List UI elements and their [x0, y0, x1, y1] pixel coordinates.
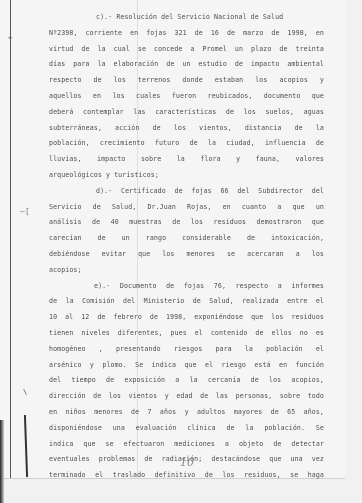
paragraph-c: c).- Resolución del Servicio Nacional de…: [49, 10, 324, 184]
text-line: respecto de los terrenos donde estaban l…: [49, 73, 324, 89]
text-line: arqueológicos y turísticos;: [49, 168, 324, 184]
text-line: debiéndose evitar que los menores se ace…: [49, 247, 324, 263]
text-line: e).- Documento de fojas 76, respecto a i…: [49, 279, 324, 295]
text-line: análisis de 40 muestras de los residuos …: [49, 215, 324, 231]
text-line: en niños menores de 7 años y adultos may…: [49, 405, 324, 421]
margin-tick-icon: \: [23, 388, 27, 396]
text-line: tienen niveles diferentes, pues el conte…: [49, 326, 324, 342]
paragraph-d: d).- Certificado de fojas 66 del Subdire…: [49, 184, 324, 279]
handwritten-page-number: 10: [180, 456, 194, 469]
text-line: dirección de los vientos y edad de las p…: [49, 389, 324, 405]
text-line: d).- Certificado de fojas 66 del Subdire…: [49, 184, 324, 200]
document-page: ⇽ –[ \ c).- Resolución del Servicio Naci…: [0, 0, 345, 479]
margin-bracket-icon: –[: [20, 207, 30, 216]
text-line: población, crecimiento futuro de la ciud…: [49, 136, 324, 152]
text-line: disponiéndose una evaluación clínica de …: [49, 421, 324, 437]
document-body: c).- Resolución del Servicio Nacional de…: [49, 10, 324, 484]
text-line: terminado el traslado definitivo de los …: [49, 468, 324, 484]
text-line: lluvias, impacto sobre la flora y fauna,…: [49, 152, 324, 168]
scanned-page-background: ⇽ –[ \ c).- Resolución del Servicio Naci…: [0, 0, 362, 503]
text-line: homogéneo , presentando riesgos para la …: [49, 342, 324, 358]
paragraph-e: e).- Documento de fojas 76, respecto a i…: [49, 279, 324, 484]
margin-rule-line: [10, 0, 11, 478]
text-line: de la Comisión del Ministerio de Salud, …: [49, 294, 324, 310]
text-line: arsénico y plomo. Se indica que el riesg…: [49, 358, 324, 374]
text-line: días para la elaboración de un estudio d…: [49, 57, 324, 73]
text-line: Servicio de Salud, Dr.Juan Rojas, en cua…: [49, 200, 324, 216]
text-line: deberá contemplar las características de…: [49, 105, 324, 121]
text-line: subterráneas, acción de los vientos, dis…: [49, 121, 324, 137]
text-line: virtud de la cual se concede a Promel un…: [49, 42, 324, 58]
text-line: aquellos en los cuales fueron reubicados…: [49, 89, 324, 105]
scan-edge-shadow: [0, 420, 4, 503]
text-line: del tiempo de exposición a la cercanía d…: [49, 373, 324, 389]
text-line: indica que se efectuaron mediciones a ob…: [49, 437, 324, 453]
text-line: carecían de un rango considerable de int…: [49, 231, 324, 247]
text-line: 10 al 12 de febrero de 1998, exponiéndos…: [49, 310, 324, 326]
text-line: c).- Resolución del Servicio Nacional de…: [49, 10, 324, 26]
text-line: Nº2398, corriente en fojas 321 de 16 de …: [49, 26, 324, 42]
margin-arrow-icon: ⇽: [8, 33, 13, 42]
text-line: acopios;: [49, 263, 324, 279]
